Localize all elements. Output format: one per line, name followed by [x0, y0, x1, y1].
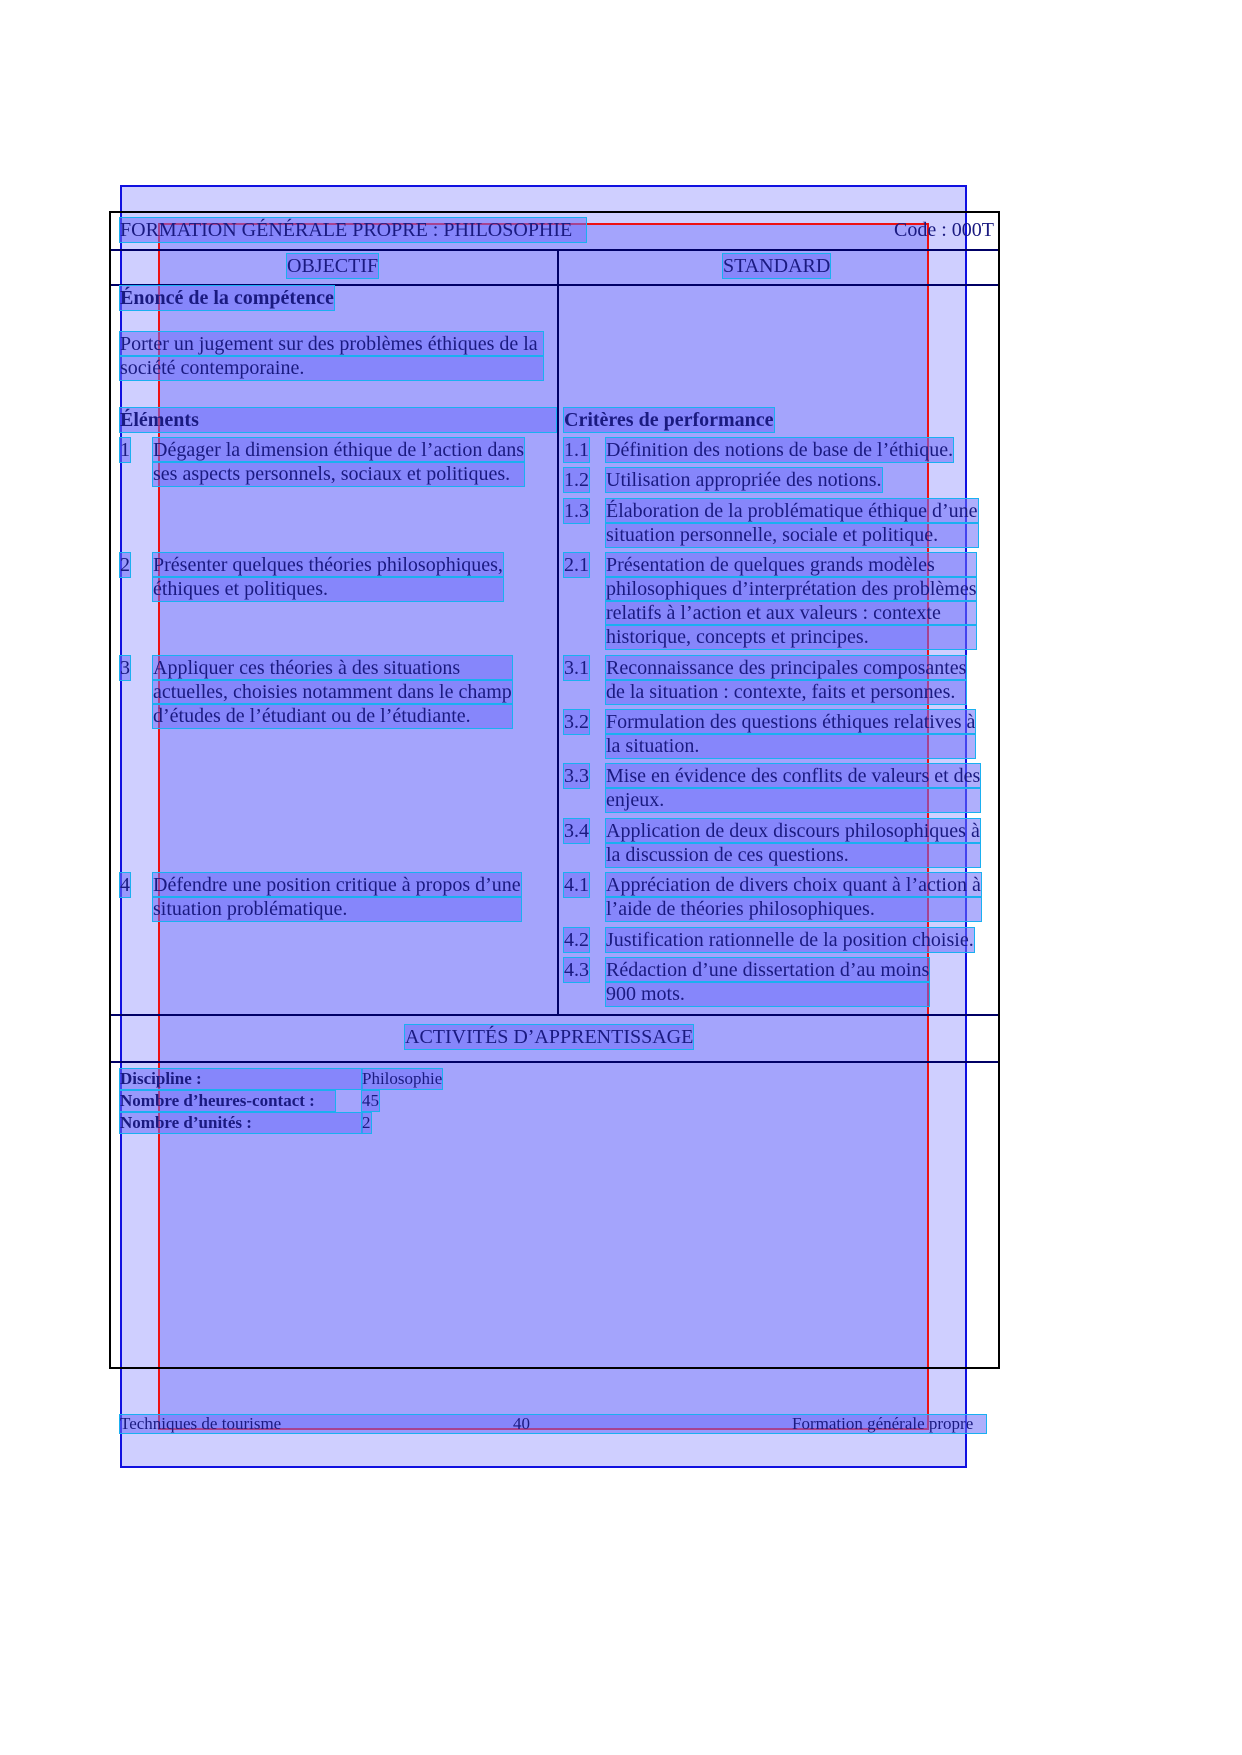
criterion-text: Application de deux discours philosophiq…	[606, 819, 980, 867]
criterion-text: Justification rationnelle de la position…	[606, 928, 974, 952]
competence-statement: Porter un jugement sur des problèmes éth…	[120, 332, 543, 380]
criterion-number: 3.2	[564, 710, 589, 734]
document-title: FORMATION GÉNÉRALE PROPRE : PHILOSOPHIE	[120, 218, 586, 242]
contact-hours-value: 45	[362, 1091, 379, 1111]
element-number: 2	[120, 553, 130, 577]
standard-column-heading: STANDARD	[723, 254, 830, 278]
footer-program: Techniques de tourisme	[120, 1414, 281, 1434]
element-text: Dégager la dimension éthique de l’action…	[153, 438, 524, 486]
criterion-number: 4.2	[564, 928, 589, 952]
criterion-text: Reconnaissance des principales composant…	[606, 656, 966, 704]
element-number: 1	[120, 438, 130, 462]
element-number: 3	[120, 656, 130, 680]
elements-heading: Éléments	[120, 408, 556, 432]
criterion-number: 3.3	[564, 764, 589, 788]
criterion-number: 4.1	[564, 873, 589, 897]
criterion-number: 4.3	[564, 958, 589, 982]
criteria-heading: Critères de performance	[564, 408, 774, 432]
criterion-text: Définition des notions de base de l’éthi…	[606, 438, 953, 462]
objective-column-heading: OBJECTIF	[287, 254, 378, 278]
discipline-label: Discipline :	[120, 1069, 362, 1089]
criterion-text: Utilisation appropriée des notions.	[606, 468, 882, 492]
criterion-text: Élaboration de la problématique éthique …	[606, 499, 978, 547]
footer-page-number: 40	[513, 1414, 530, 1434]
row-divider	[111, 1014, 998, 1016]
criterion-number: 1.2	[564, 468, 589, 492]
discipline-value: Philosophie	[362, 1069, 442, 1089]
competence-line: société contemporaine.	[120, 356, 543, 380]
criterion-number: 3.4	[564, 819, 589, 843]
criterion-number: 3.1	[564, 656, 589, 680]
course-code: Code : 000T	[894, 218, 994, 242]
column-divider	[557, 250, 559, 1015]
row-divider	[111, 249, 998, 251]
row-divider	[111, 1061, 998, 1063]
criterion-text: Rédaction d’une dissertation d’au moins9…	[606, 958, 929, 1006]
element-text: Présenter quelques théories philosophiqu…	[153, 553, 503, 601]
criterion-text: Appréciation de divers choix quant à l’a…	[606, 873, 981, 921]
element-number: 4	[120, 873, 130, 897]
criterion-number: 2.1	[564, 553, 589, 577]
contact-hours-label: Nombre d’heures-contact :	[120, 1091, 335, 1111]
element-text: Appliquer ces théories à des situationsa…	[153, 656, 512, 728]
units-value: 2	[362, 1113, 371, 1133]
criterion-text: Présentation de quelques grands modèlesp…	[606, 553, 976, 649]
units-label: Nombre d’unités :	[120, 1113, 362, 1133]
element-text: Défendre une position critique à propos …	[153, 873, 521, 921]
criterion-text: Formulation des questions éthiques relat…	[606, 710, 975, 758]
criterion-text: Mise en évidence des conflits de valeurs…	[606, 764, 980, 812]
criterion-number: 1.3	[564, 499, 589, 523]
activities-heading: ACTIVITÉS D’APPRENTISSAGE	[405, 1025, 693, 1049]
competence-heading: Énoncé de la compétence	[120, 286, 334, 310]
criterion-number: 1.1	[564, 438, 589, 462]
footer-section: Formation générale propre	[792, 1414, 973, 1434]
competence-line: Porter un jugement sur des problèmes éth…	[120, 332, 543, 356]
